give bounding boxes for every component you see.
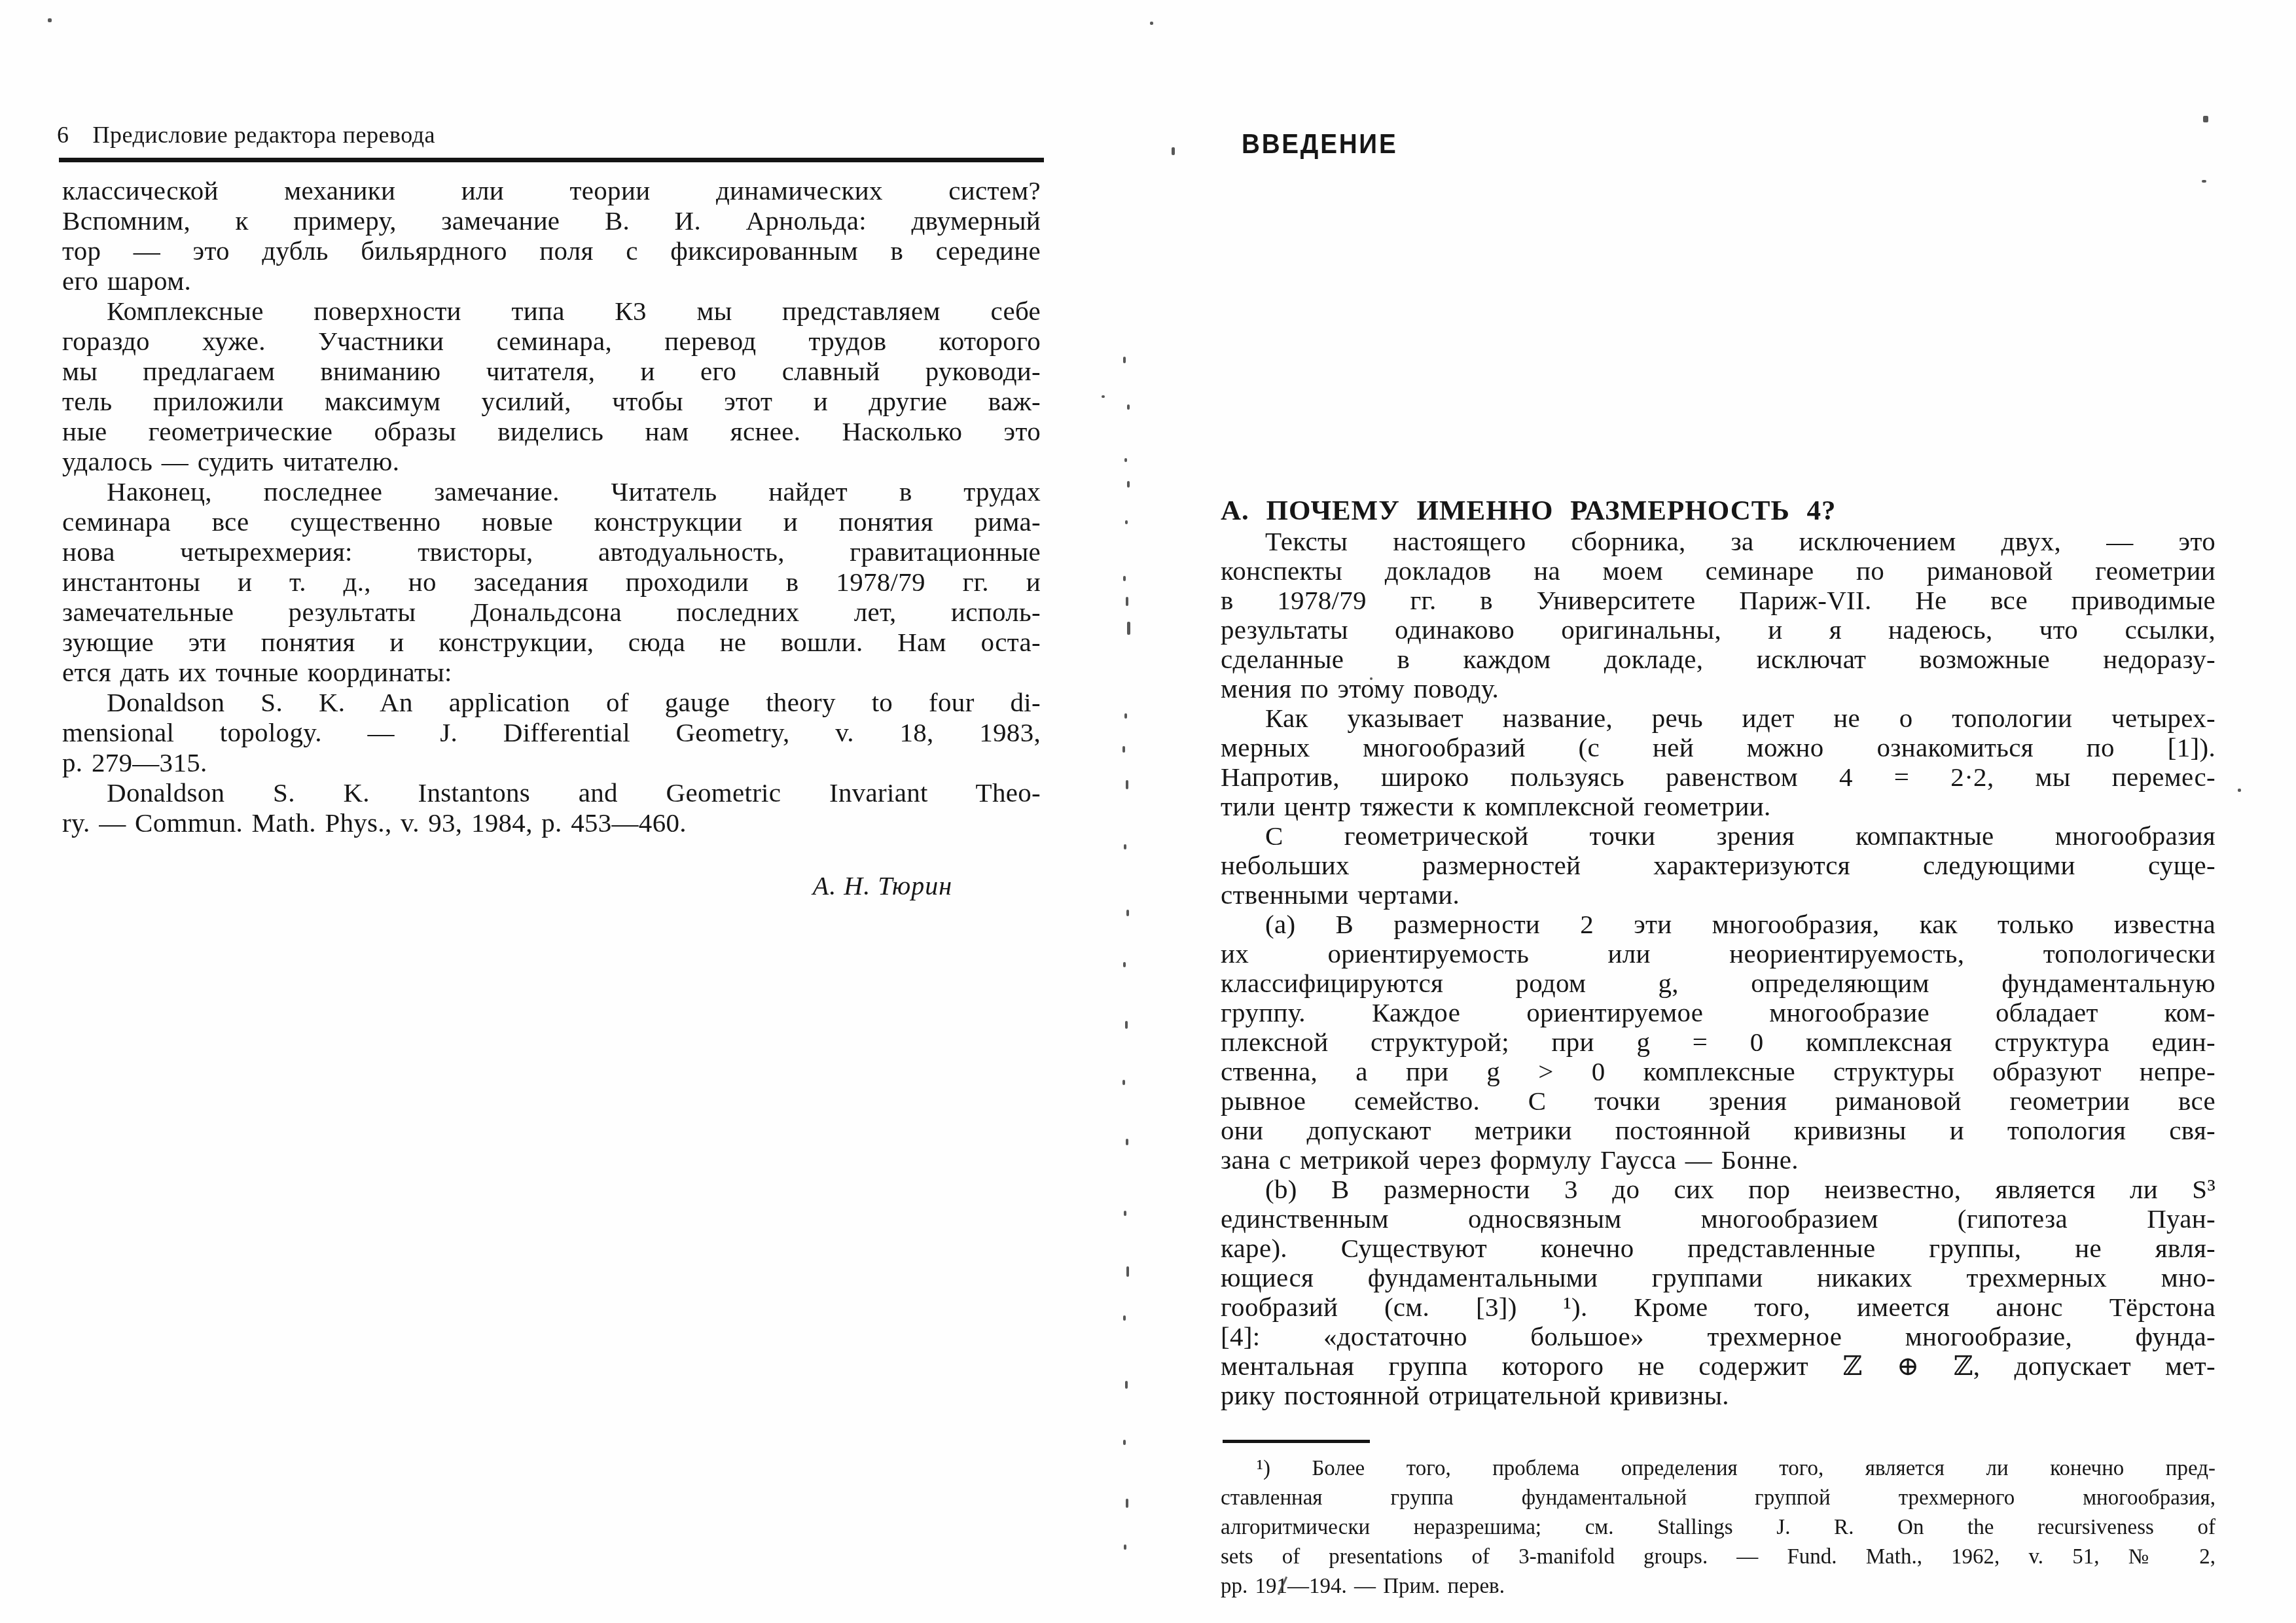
left-running-head: 6 Предисловие редактора перевода bbox=[62, 122, 1041, 148]
right-running-title: ВВЕДЕНИЕ bbox=[1242, 128, 1397, 160]
text-line: в 1978/79 гг. в Университете Париж-VII. … bbox=[1221, 586, 2215, 615]
text-line: Напротив, широко пользуясь равенством 4 … bbox=[1221, 762, 2215, 792]
text-line: ные геометрические образы виделись нам я… bbox=[62, 416, 1041, 446]
scan-speck bbox=[1123, 1440, 1126, 1445]
text-line: Donaldson S. K. Instantons and Geometric… bbox=[62, 777, 1041, 808]
paragraph: (b) В размерности 3 до сих пор неизвестн… bbox=[1221, 1175, 2215, 1410]
text-line: небольших размерностей характеризуются с… bbox=[1221, 851, 2215, 880]
text-line: Вспомним, к примеру, замечание В. И. Арн… bbox=[62, 205, 1041, 236]
text-line: ментальная группа которого не содержит ℤ… bbox=[1221, 1351, 2215, 1381]
scan-speck bbox=[1125, 1021, 1128, 1029]
text-line: Как указывает название, речь идет не о т… bbox=[1221, 704, 2215, 733]
scan-speck bbox=[2203, 116, 2208, 122]
scan-speck bbox=[1126, 1139, 1128, 1145]
scan-speck bbox=[1124, 458, 1127, 462]
text-line: алгоритмически неразрешима; см. Stalling… bbox=[1221, 1513, 2215, 1543]
running-head-rule bbox=[59, 158, 1044, 162]
scan-speck bbox=[1123, 357, 1126, 363]
text-line: sets of presentations of 3-manifold grou… bbox=[1221, 1543, 2215, 1572]
text-line: С геометрической точки зрения компактные… bbox=[1221, 821, 2215, 851]
paragraph: Наконец, последнее замечание. Читатель н… bbox=[62, 476, 1041, 687]
text-line: удалось — судить читателю. bbox=[62, 446, 1041, 476]
text-line: конспекты докладов на моем семинаре по р… bbox=[1221, 556, 2215, 586]
scan-speck bbox=[1172, 147, 1175, 155]
scan-speck bbox=[1126, 1499, 1128, 1508]
scan-speck bbox=[1127, 481, 1130, 488]
left-body-text: классической механики или теории динамич… bbox=[62, 175, 1041, 838]
text-line: ется дать их точные координаты: bbox=[62, 657, 1041, 687]
paragraph: (a) В размерности 2 эти многообразия, ка… bbox=[1221, 910, 2215, 1175]
translator-signature: А. Н. Тюрин bbox=[62, 870, 1041, 901]
text-line: pp. 191—194. — Прим. перев. bbox=[1221, 1572, 2215, 1601]
text-line: Тексты настоящего сборника, за исключени… bbox=[1221, 527, 2215, 556]
scan-speck bbox=[1127, 404, 1130, 410]
text-line: зующие эти понятия и конструкции, сюда н… bbox=[62, 627, 1041, 657]
text-line: каре). Существуют конечно представленные… bbox=[1221, 1234, 2215, 1263]
book-spread: 6 Предисловие редактора перевода классич… bbox=[0, 0, 2296, 1623]
text-line: тор — это дубль бильярдного поля с фикси… bbox=[62, 236, 1041, 266]
scan-speck bbox=[1122, 746, 1125, 753]
text-line: сделанные в каждом докладе, исключат воз… bbox=[1221, 645, 2215, 674]
text-line: [4]: «достаточно большое» трехмерное мно… bbox=[1221, 1322, 2215, 1351]
scan-speck bbox=[2202, 180, 2206, 183]
text-line: гообразий (см. [3]) ¹). Кроме того, имее… bbox=[1221, 1293, 2215, 1322]
text-line: замечательные результаты Дональдсона пос… bbox=[62, 597, 1041, 627]
text-line: рику постоянной отрицательной кривизны. bbox=[1221, 1381, 2215, 1410]
text-line: они допускают метрики постоянной кривизн… bbox=[1221, 1116, 2215, 1145]
paragraph: С геометрической точки зрения компактные… bbox=[1221, 821, 2215, 910]
text-line: группу. Каждое ориентируемое многообрази… bbox=[1221, 998, 2215, 1027]
text-line: мерных многообразий (с ней можно ознаком… bbox=[1221, 733, 2215, 762]
page-number: 6 bbox=[57, 122, 69, 148]
scan-speck bbox=[2238, 789, 2241, 792]
text-line: результаты одинаково оригинальны, и я на… bbox=[1221, 615, 2215, 645]
scan-speck bbox=[1102, 395, 1105, 398]
scan-speck bbox=[1370, 677, 1372, 680]
text-line: Комплексные поверхности типа К3 мы предс… bbox=[62, 296, 1041, 326]
scan-speck bbox=[1123, 576, 1126, 581]
scan-speck bbox=[1127, 622, 1130, 635]
text-line: (b) В размерности 3 до сих пор неизвестн… bbox=[1221, 1175, 2215, 1204]
scan-speck bbox=[1126, 910, 1129, 916]
text-line: ¹) Более того, проблема определения того… bbox=[1221, 1454, 2215, 1484]
text-line: классифицируются родом g, определяющим ф… bbox=[1221, 969, 2215, 998]
scan-speck bbox=[1122, 1080, 1125, 1085]
paragraph: классической механики или теории динамич… bbox=[62, 175, 1041, 296]
text-line: тили центр тяжести к комплексной геометр… bbox=[1221, 792, 2215, 821]
text-line: его шаром. bbox=[62, 266, 1041, 296]
text-line: нова четырехмерия: твисторы, автодуально… bbox=[62, 537, 1041, 567]
right-body-text: Тексты настоящего сборника, за исключени… bbox=[1221, 527, 2215, 1410]
paragraph: Комплексные поверхности типа К3 мы предс… bbox=[62, 296, 1041, 476]
scan-speck bbox=[1124, 1211, 1126, 1216]
scan-speck bbox=[1123, 962, 1126, 967]
text-line: инстантоны и т. д., но заседания проходи… bbox=[62, 567, 1041, 597]
text-line: ственна, а при g > 0 комплексные структу… bbox=[1221, 1057, 2215, 1086]
section-title: А. ПОЧЕМУ ИМЕННО РАЗМЕРНОСТЬ 4? bbox=[1221, 495, 2215, 527]
scan-speck bbox=[1123, 1315, 1126, 1321]
text-line: ry. — Commun. Math. Phys., v. 93, 1984, … bbox=[62, 808, 1041, 838]
paragraph: Donaldson S. K. An application of gauge … bbox=[62, 687, 1041, 777]
scan-speck bbox=[1125, 1381, 1128, 1389]
scan-speck bbox=[1150, 22, 1153, 25]
paragraph: Donaldson S. K. Instantons and Geometric… bbox=[62, 777, 1041, 838]
text-line: зана с метрикой через формулу Гаусса — Б… bbox=[1221, 1145, 2215, 1175]
text-line: тель приложили максимум усилий, чтобы эт… bbox=[62, 386, 1041, 416]
scan-speck bbox=[1124, 713, 1127, 719]
text-line: мы предлагаем вниманию читателя, и его с… bbox=[62, 356, 1041, 386]
text-line: их ориентируемость или неориентируемость… bbox=[1221, 939, 2215, 969]
text-line: Наконец, последнее замечание. Читатель н… bbox=[62, 476, 1041, 507]
text-line: плексной структурой; при g = 0 комплексн… bbox=[1221, 1027, 2215, 1057]
text-line: гораздо хуже. Участники семинара, перево… bbox=[62, 326, 1041, 356]
footnote-text: ¹) Более того, проблема определения того… bbox=[1221, 1454, 2215, 1601]
scan-speck bbox=[1125, 520, 1128, 524]
text-line: mensional topology. — J. Differential Ge… bbox=[62, 717, 1041, 747]
scan-speck bbox=[1126, 1266, 1129, 1277]
scan-speck bbox=[1126, 597, 1128, 606]
paragraph: ¹) Более того, проблема определения того… bbox=[1221, 1454, 2215, 1601]
text-line: рывное семейство. С точки зрения риманов… bbox=[1221, 1086, 2215, 1116]
scan-speck bbox=[1124, 1544, 1126, 1550]
scan-speck bbox=[1124, 844, 1126, 849]
footnote-rule bbox=[1223, 1440, 1370, 1443]
text-line: классической механики или теории динамич… bbox=[62, 175, 1041, 205]
text-line: семинара все существенно новые конструкц… bbox=[62, 507, 1041, 537]
text-line: единственным односвязным многообразием (… bbox=[1221, 1204, 2215, 1234]
text-line: Donaldson S. K. An application of gauge … bbox=[62, 687, 1041, 717]
text-line: ставленная группа фундаментальной группо… bbox=[1221, 1484, 2215, 1513]
text-line: p. 279—315. bbox=[62, 747, 1041, 777]
scan-speck bbox=[48, 18, 52, 22]
text-line: (a) В размерности 2 эти многообразия, ка… bbox=[1221, 910, 2215, 939]
paragraph: Как указывает название, речь идет не о т… bbox=[1221, 704, 2215, 821]
text-line: ющиеся фундаментальными группами никаких… bbox=[1221, 1263, 2215, 1293]
text-line: ственными чертами. bbox=[1221, 880, 2215, 910]
scan-speck bbox=[1126, 780, 1128, 789]
left-running-title: Предисловие редактора перевода bbox=[93, 122, 436, 148]
